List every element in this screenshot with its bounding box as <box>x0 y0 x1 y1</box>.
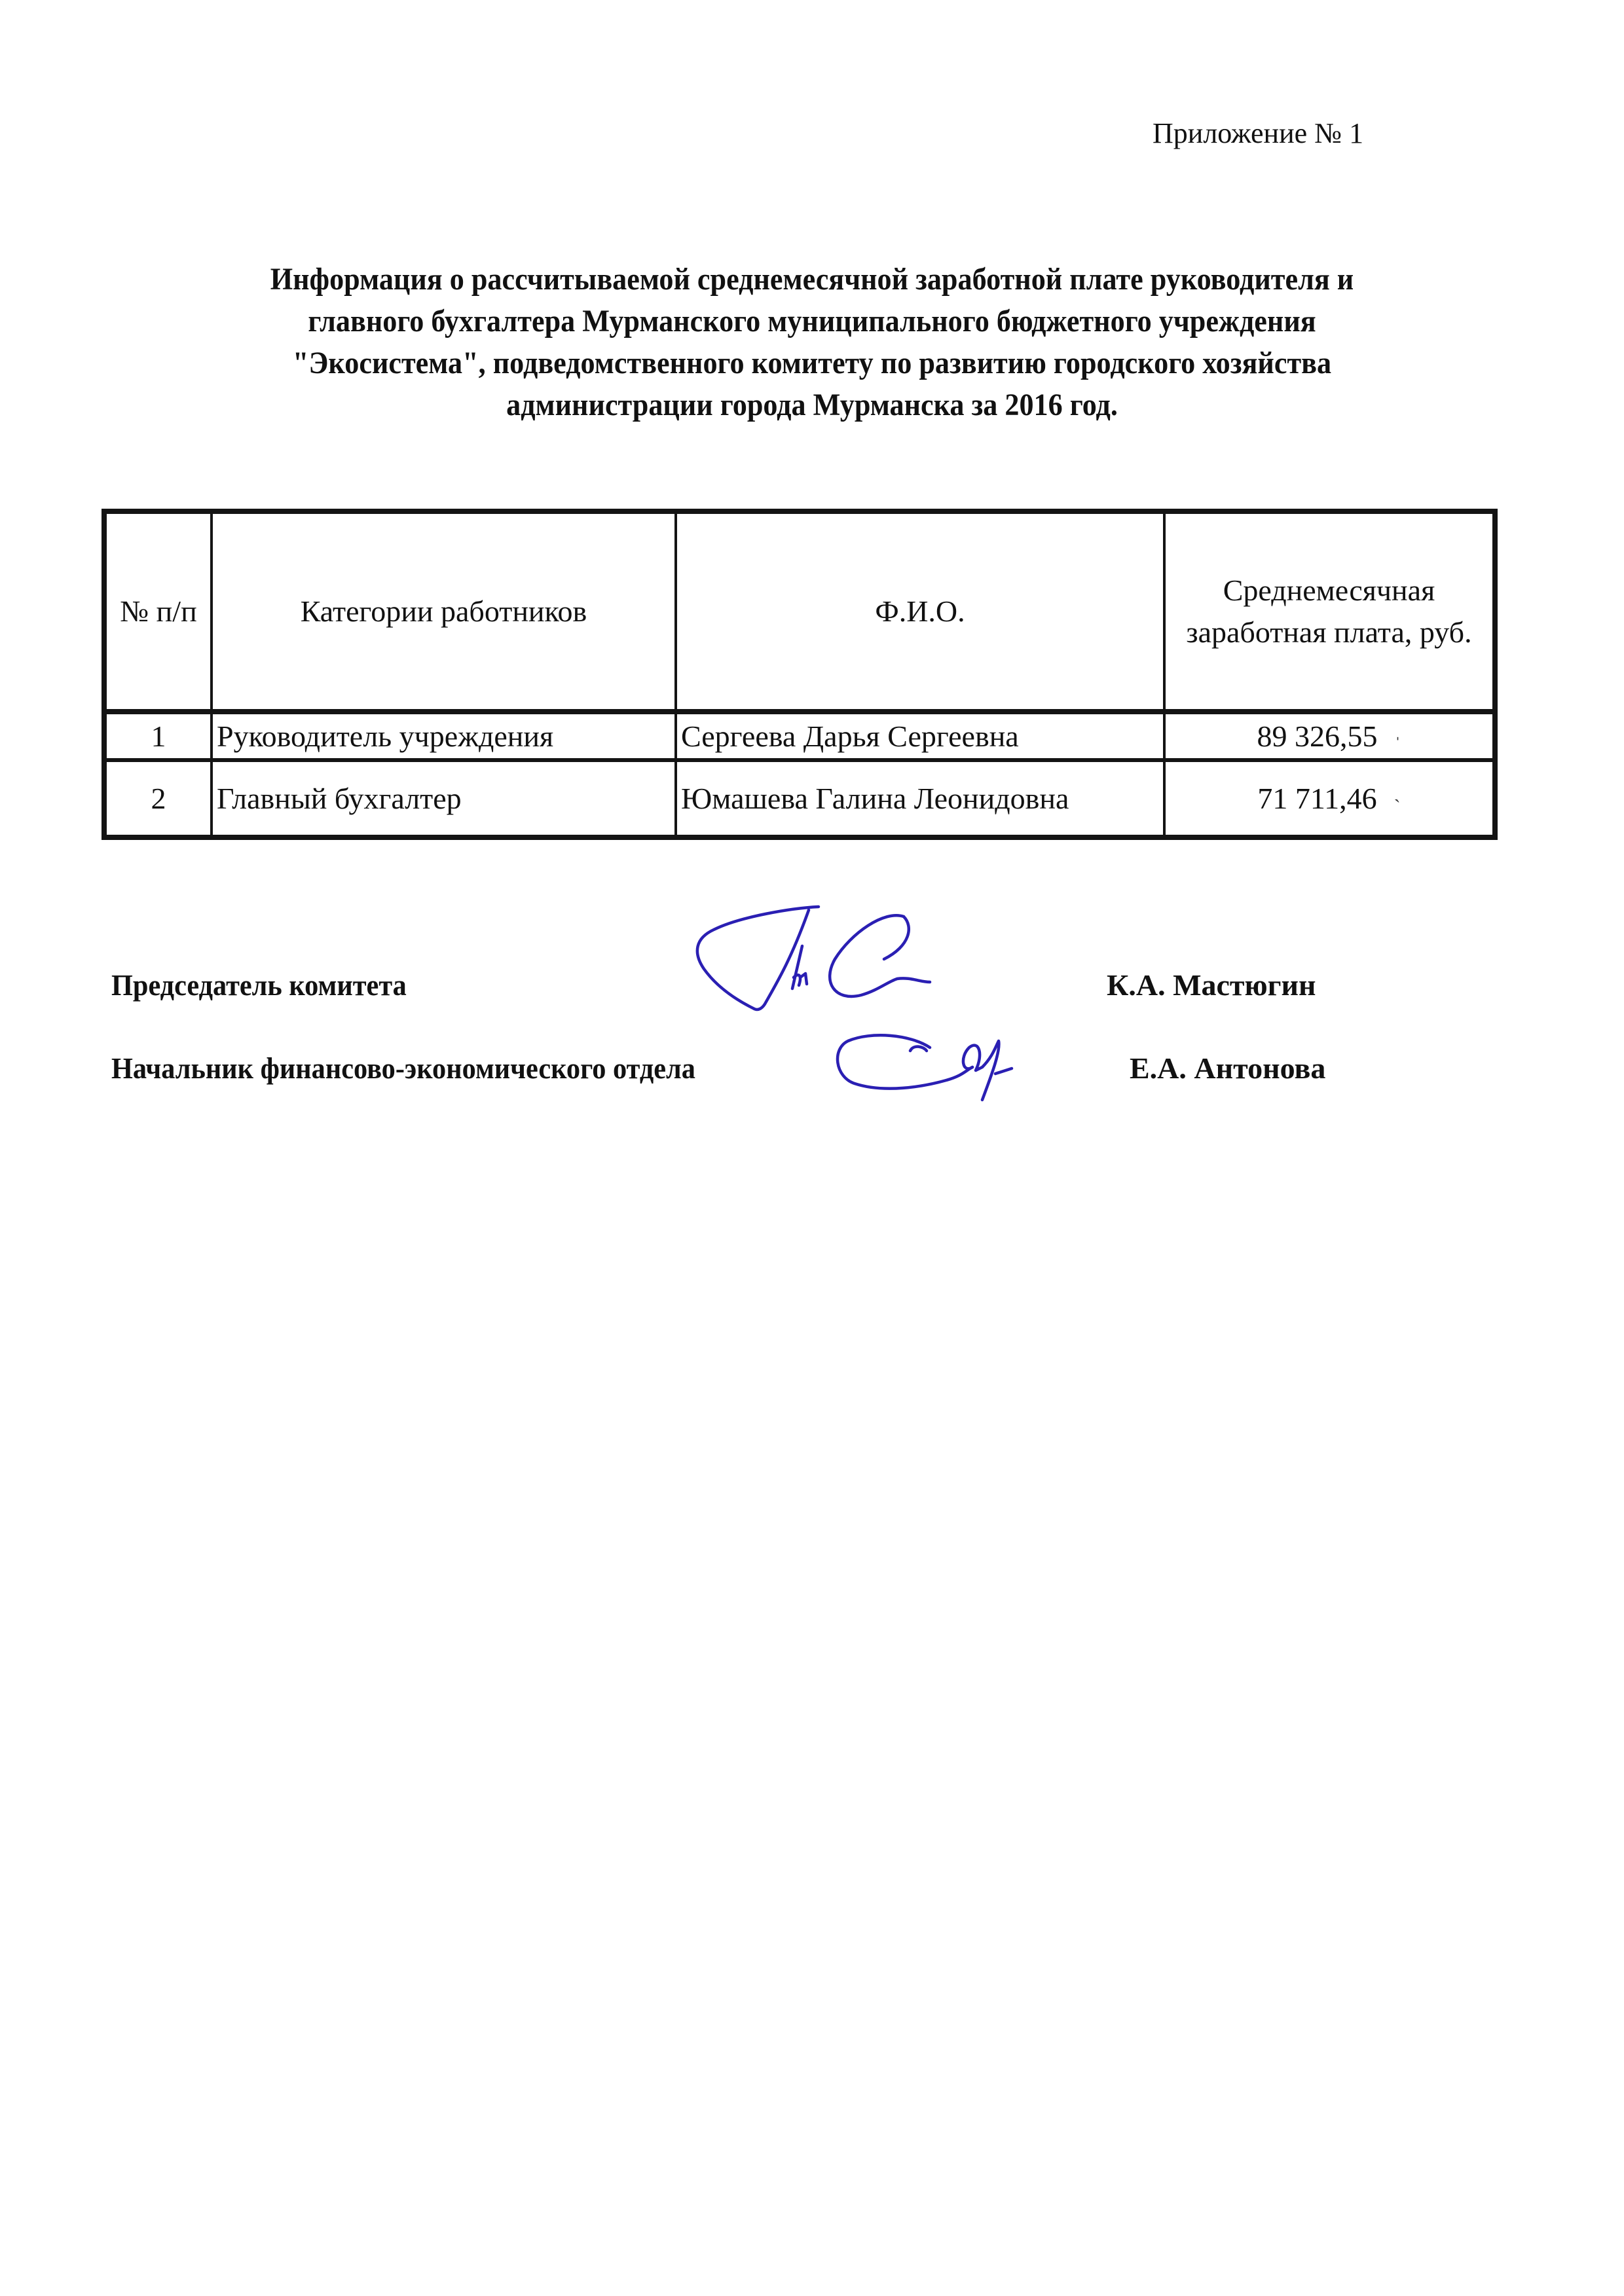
cell-category: Руководитель учреждения <box>212 712 676 760</box>
handwritten-signature-icon <box>688 900 969 1028</box>
check-mark-icon: ˌ <box>1395 719 1401 741</box>
check-mark-icon: ˎ <box>1394 781 1401 803</box>
title-line: администрации города Мурманска за 2016 г… <box>185 384 1439 426</box>
header-number: № п/п <box>104 511 212 712</box>
header-salary-line2: заработная плата, руб. <box>1170 611 1488 653</box>
table-row: 2 Главный бухгалтер Юмашева Галина Леони… <box>104 760 1495 837</box>
handwritten-signature-icon <box>832 1028 1048 1110</box>
document-title: Информация о рассчитываемой среднемесячн… <box>185 259 1439 426</box>
header-salary: Среднемесячная заработная плата, руб. <box>1164 511 1495 712</box>
title-line: "Экосистема", подведомственного комитету… <box>185 342 1439 384</box>
cell-fio: Сергеева Дарья Сергеевна <box>676 712 1164 760</box>
title-line: Информация о рассчитываемой среднемесячн… <box>185 259 1439 301</box>
signature-role-finance-head: Начальник финансово-экономического отдел… <box>111 1051 746 1085</box>
cell-number: 1 <box>104 712 212 760</box>
signature-role-chairman: Председатель комитета <box>111 968 432 1002</box>
signatory-name-finance-head: Е.А. Антонова <box>1130 1051 1325 1085</box>
title-line: главного бухгалтера Мурманского муниципа… <box>185 301 1439 342</box>
header-salary-line1: Среднемесячная <box>1170 570 1488 611</box>
header-fio: Ф.И.О. <box>676 511 1164 712</box>
salary-table: № п/п Категории работников Ф.И.О. Средне… <box>101 509 1498 840</box>
header-category: Категории работников <box>212 511 676 712</box>
salary-value: 89 326,55 <box>1257 720 1378 753</box>
cell-number: 2 <box>104 760 212 837</box>
table-row: 1 Руководитель учреждения Сергеева Дарья… <box>104 712 1495 760</box>
cell-category: Главный бухгалтер <box>212 760 676 837</box>
cell-fio: Юмашева Галина Леонидовна <box>676 760 1164 837</box>
appendix-label: Приложение № 1 <box>1153 117 1363 150</box>
cell-salary: 89 326,55ˌ <box>1164 712 1495 760</box>
table-header-row: № п/п Категории работников Ф.И.О. Средне… <box>104 511 1495 712</box>
cell-salary: 71 711,46ˎ <box>1164 760 1495 837</box>
salary-value: 71 711,46 <box>1257 782 1376 815</box>
signatory-name-chairman: К.А. Мастюгин <box>1107 968 1316 1002</box>
